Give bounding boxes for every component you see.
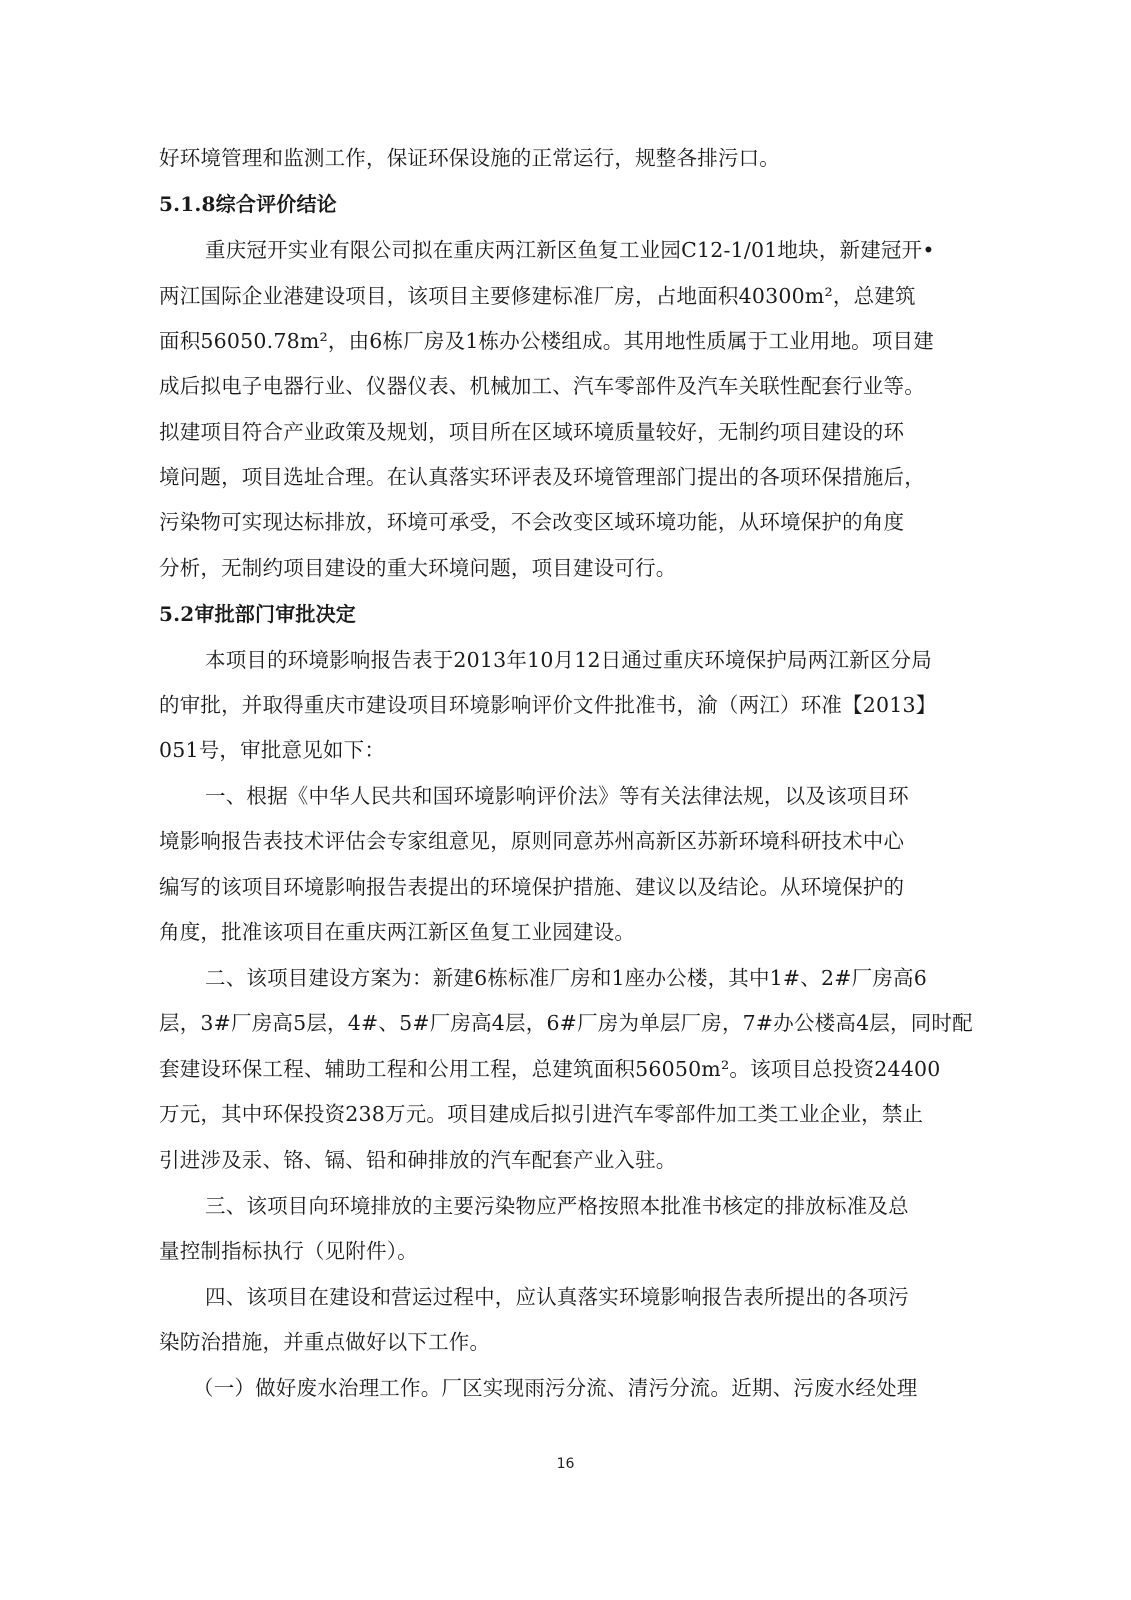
paragraph-line: 二、该项目建设方案为：新建6栋标准厂房和1座办公楼，其中1#、2#厂房高6 [205, 965, 1025, 991]
paragraph-line: 成后拟电子电器行业、仪器仪表、机械加工、汽车零部件及汽车关联性配套行业等。 [159, 373, 979, 399]
section-heading-5-1-8: 5.1.8综合评价结论 [159, 191, 979, 217]
page-number: 16 [0, 1456, 1131, 1472]
paragraph-line: 套建设环保工程、辅助工程和公用工程，总建筑面积56050m²。该项目总投资244… [159, 1056, 979, 1082]
paragraph-line: 染防治措施，并重点做好以下工作。 [159, 1329, 979, 1355]
paragraph-line: 污染物可实现达标排放，环境可承受，不会改变区域环境功能，从环境保护的角度 [159, 509, 979, 535]
paragraph-line: 编写的该项目环境影响报告表提出的环境保护措施、建议以及结论。从环境保护的 [159, 874, 979, 900]
paragraph-line: 万元，其中环保投资238万元。项目建成后拟引进汽车零部件加工类工业企业，禁止 [159, 1101, 979, 1127]
paragraph-line: 引进涉及汞、铬、镉、铅和砷排放的汽车配套产业入驻。 [159, 1147, 979, 1173]
paragraph-line: 层，3#厂房高5层，4#、5#厂房高4层，6#厂房为单层厂房，7#办公楼高4层，… [159, 1010, 979, 1036]
section-heading-5-2: 5.2审批部门审批决定 [159, 601, 979, 627]
paragraph-line: 四、该项目在建设和营运过程中，应认真落实环境影响报告表所提出的各项污 [205, 1284, 1025, 1310]
document-page: 好环境管理和监测工作，保证环保设施的正常运行，规整各排污口。 5.1.8综合评价… [0, 0, 1131, 1600]
paragraph-line: 境问题，项目选址合理。在认真落实环评表及环境管理部门提出的各项环保措施后， [159, 464, 979, 490]
paragraph-line: 拟建项目符合产业政策及规划，项目所在区域环境质量较好，无制约项目建设的环 [159, 419, 979, 445]
paragraph-line: 境影响报告表技术评估会专家组意见，原则同意苏州高新区苏新环境科研技术中心 [159, 828, 979, 854]
paragraph-line: 重庆冠开实业有限公司拟在重庆两江新区鱼复工业园C12-1/01地块，新建冠开• [205, 237, 1025, 263]
paragraph-line: 两江国际企业港建设项目，该项目主要修建标准厂房，占地面积40300m²，总建筑 [159, 283, 979, 309]
paragraph-line: （一）做好废水治理工作。厂区实现雨污分流、清污分流。近期、污废水经处理 [193, 1375, 1013, 1401]
paragraph-line: 好环境管理和监测工作，保证环保设施的正常运行，规整各排污口。 [159, 145, 979, 171]
paragraph-line: 三、该项目向环境排放的主要污染物应严格按照本批准书核定的排放标准及总 [205, 1193, 1025, 1219]
paragraph-line: 051号，审批意见如下： [159, 737, 979, 763]
paragraph-line: 量控制指标执行（见附件）。 [159, 1238, 979, 1264]
paragraph-line: 面积56050.78m²，由6栋厂房及1栋办公楼组成。其用地性质属于工业用地。项… [159, 328, 979, 354]
paragraph-line: 角度，批准该项目在重庆两江新区鱼复工业园建设。 [159, 919, 979, 945]
paragraph-line: 分析，无制约项目建设的重大环境问题，项目建设可行。 [159, 555, 979, 581]
paragraph-line: 一、根据《中华人民共和国环境影响评价法》等有关法律法规，以及该项目环 [205, 783, 1025, 809]
paragraph-line: 的审批，并取得重庆市建设项目环境影响评价文件批准书，渝（两江）环准【2013】 [159, 692, 979, 718]
paragraph-line: 本项目的环境影响报告表于2013年10月12日通过重庆环境保护局两江新区分局 [205, 647, 1025, 673]
